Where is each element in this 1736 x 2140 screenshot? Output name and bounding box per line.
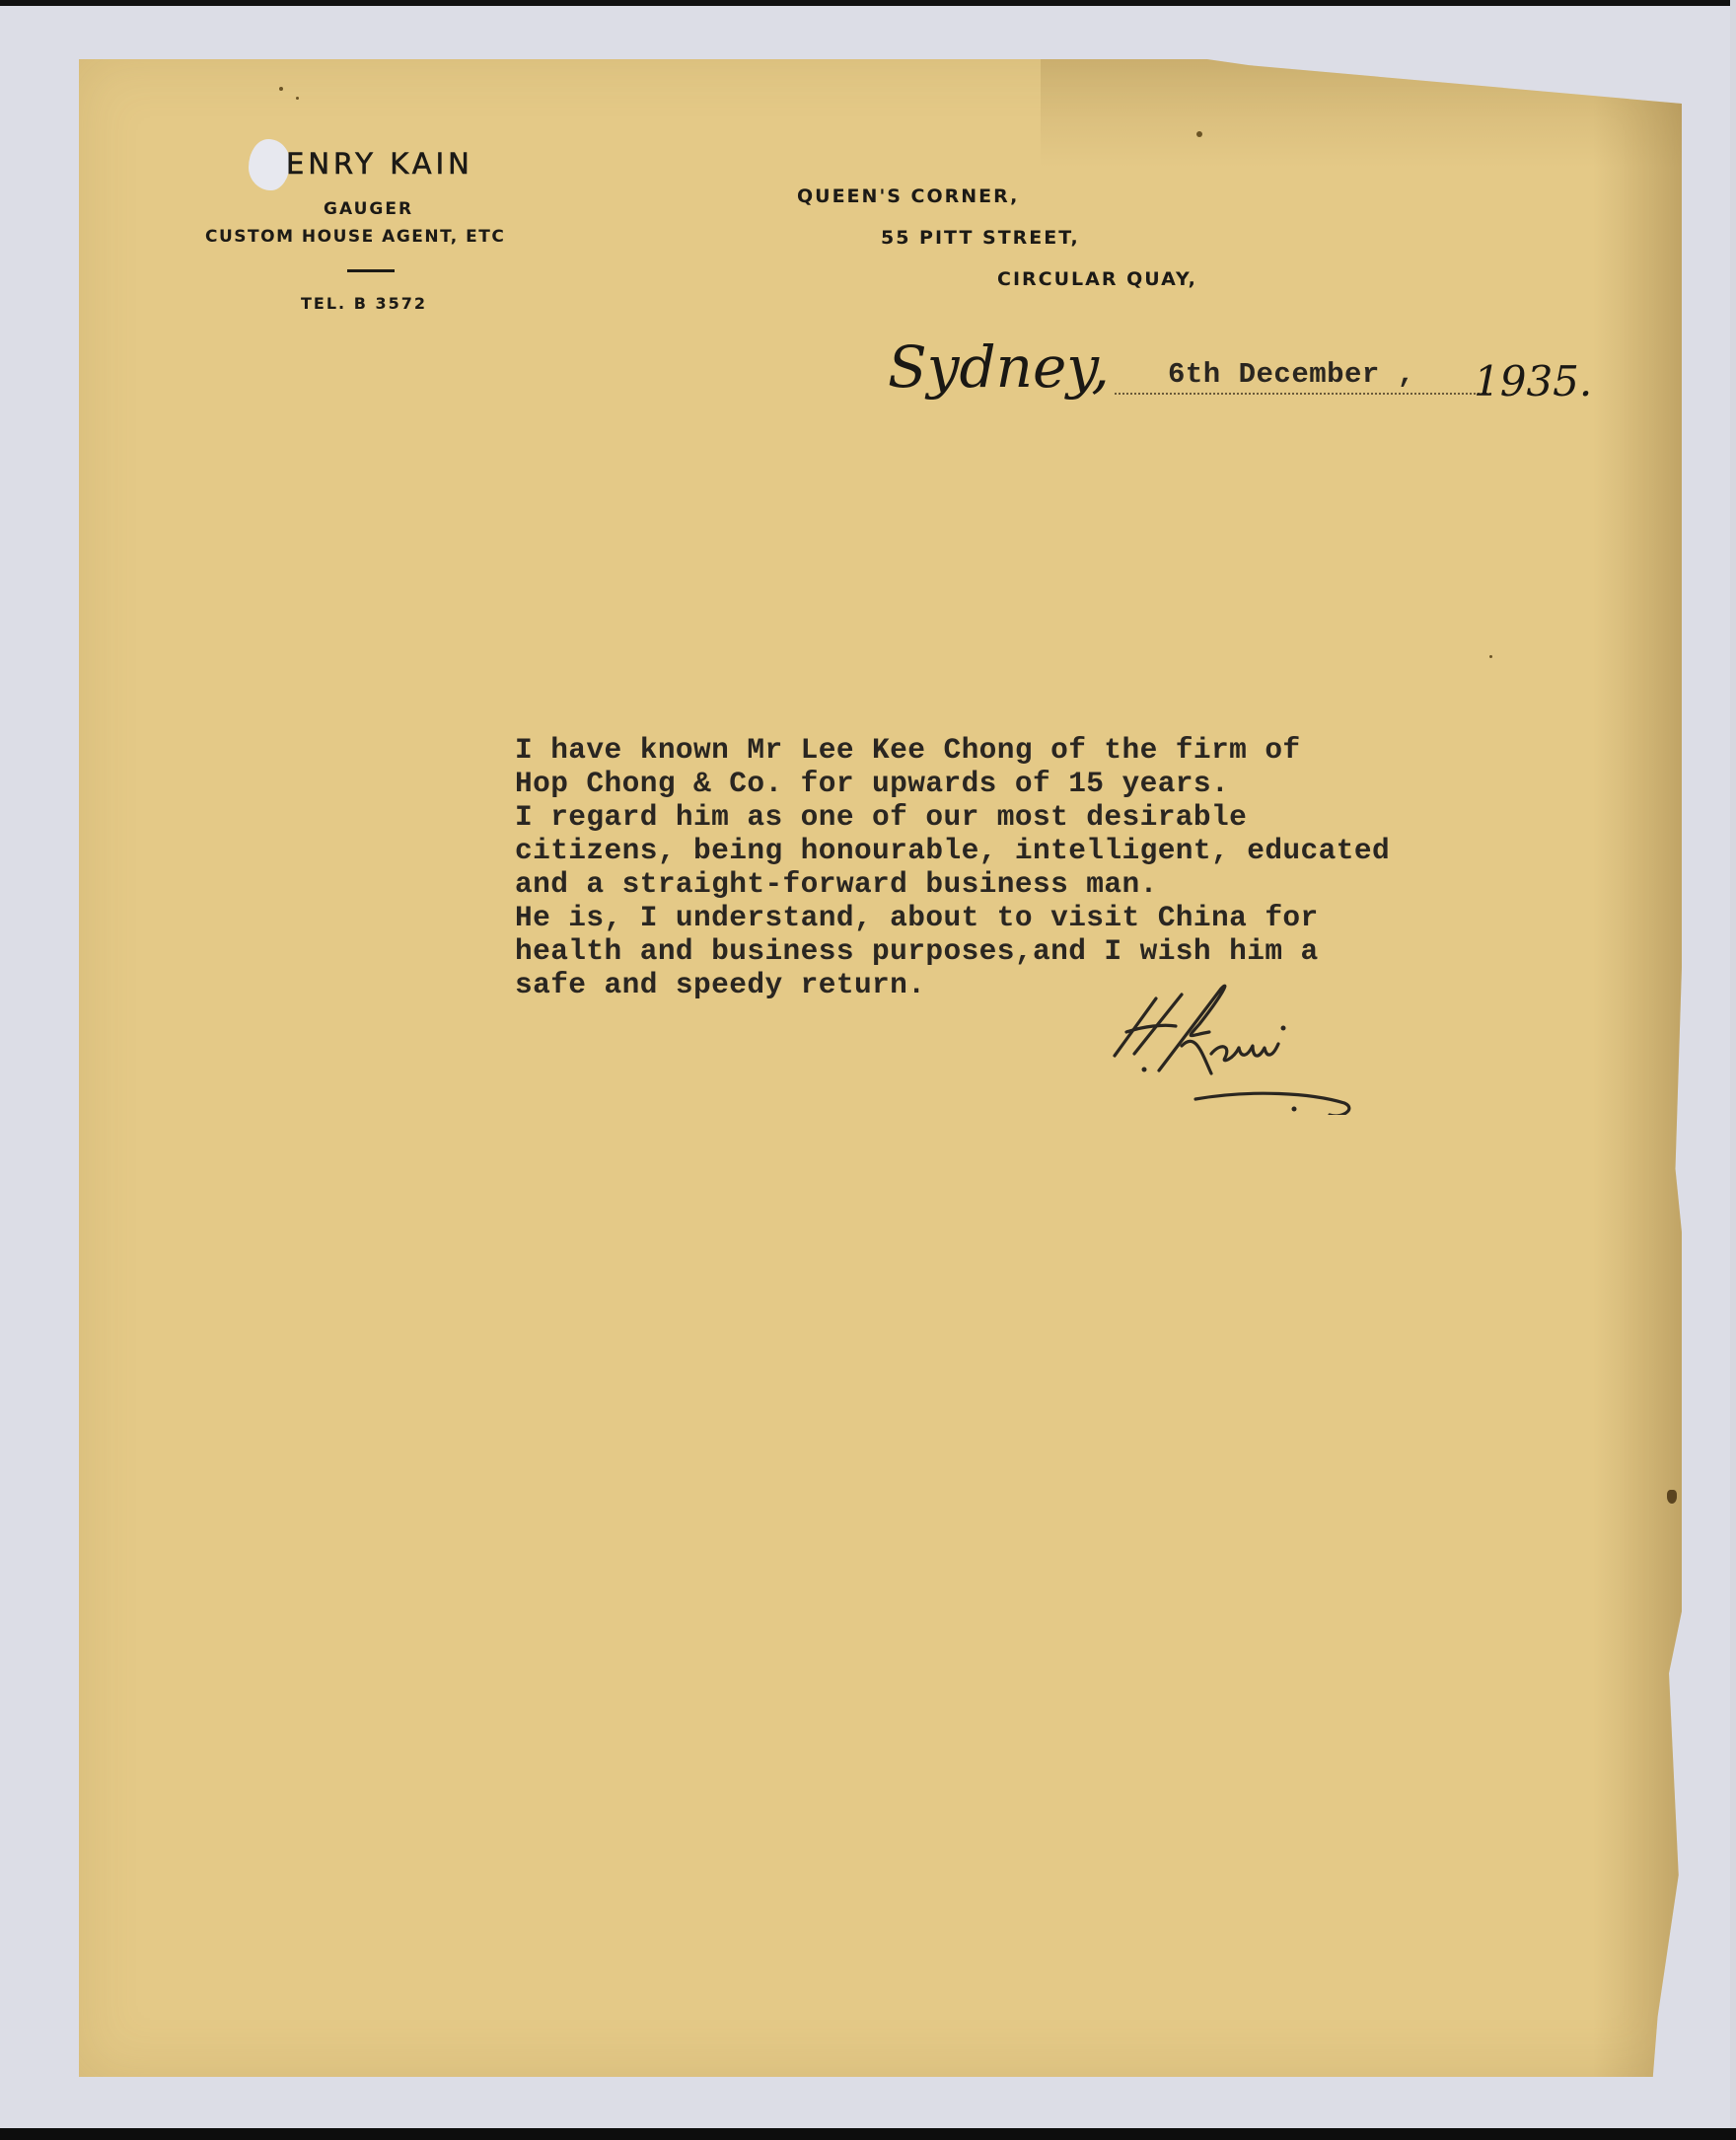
body-line: I regard him as one of our most desirabl… bbox=[515, 800, 1390, 834]
signature-icon bbox=[1105, 977, 1371, 1115]
dateline-dotted-rule bbox=[1115, 393, 1491, 395]
address-line-2: 55 PITT STREET, bbox=[881, 227, 1080, 249]
address-line-3: CIRCULAR QUAY, bbox=[997, 268, 1197, 290]
scan-border-bottom bbox=[0, 2128, 1736, 2140]
signature-text: H. Kain bbox=[1174, 1026, 1178, 1027]
letterhead-telephone: TEL. B 3572 bbox=[301, 294, 427, 313]
scan-border-right bbox=[1730, 0, 1736, 2140]
letterhead-divider bbox=[347, 269, 395, 272]
body-line: citizens, being honourable, intelligent,… bbox=[515, 834, 1390, 867]
body-line: Hop Chong & Co. for upwards of 15 years. bbox=[515, 767, 1390, 800]
letterhead-role: GAUGER bbox=[324, 199, 413, 219]
body-line: I have known Mr Lee Kee Chong of the fir… bbox=[515, 733, 1390, 767]
paper-stain bbox=[296, 97, 299, 100]
address-line-1: QUEEN'S CORNER, bbox=[797, 185, 1019, 207]
dateline-date: 6th December , bbox=[1168, 358, 1415, 391]
dateline-place: Sydney, bbox=[888, 333, 1110, 401]
body-line: He is, I understand, about to visit Chin… bbox=[515, 901, 1390, 934]
dateline-year: 1935. bbox=[1474, 357, 1592, 406]
letterhead-name: ENRY KAIN bbox=[286, 147, 473, 181]
body-line: and a straight-forward business man. bbox=[515, 867, 1390, 901]
paper-stain bbox=[279, 87, 283, 91]
letter-paper bbox=[79, 59, 1682, 2077]
body-line: health and business purposes,and I wish … bbox=[515, 934, 1390, 968]
paper-hole bbox=[249, 139, 290, 190]
paper-stain bbox=[1196, 131, 1202, 137]
paper-stain bbox=[1489, 655, 1492, 658]
letter-body: I have known Mr Lee Kee Chong of the fir… bbox=[515, 733, 1390, 1001]
scan-border-top bbox=[0, 0, 1736, 6]
letterhead-business: CUSTOM HOUSE AGENT, ETC bbox=[205, 227, 505, 247]
paper-stain bbox=[1667, 1490, 1677, 1504]
